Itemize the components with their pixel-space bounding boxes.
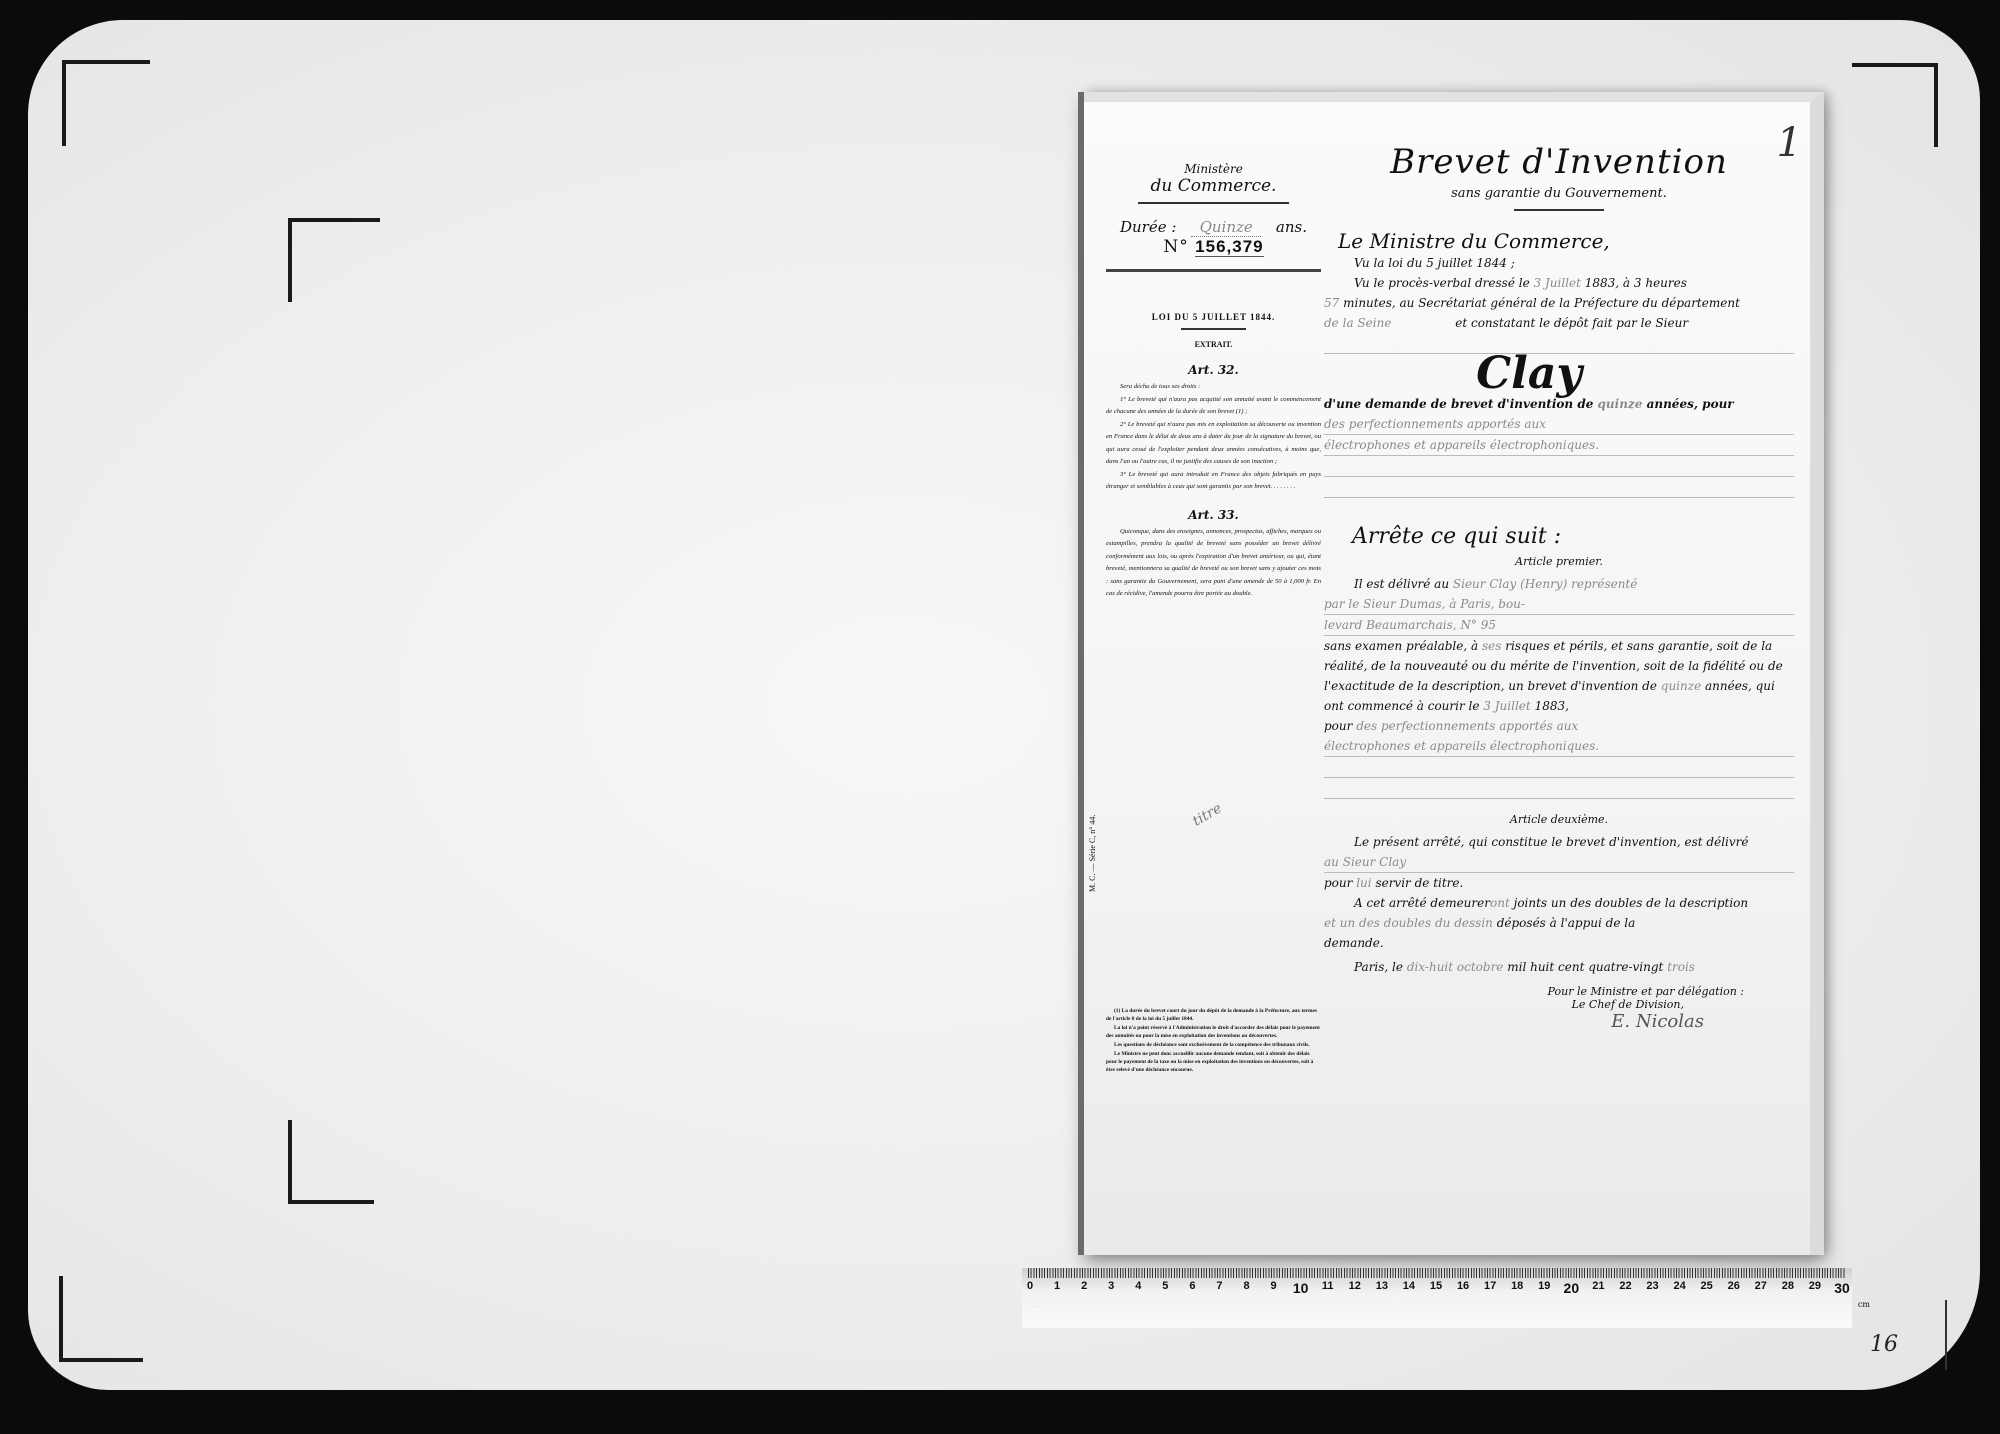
law-subtitle: EXTRAIT. xyxy=(1106,340,1321,349)
ruler-label: 2 xyxy=(1081,1280,1087,1292)
ruler-label: 14 xyxy=(1403,1280,1415,1292)
document-title: Brevet d'Invention xyxy=(1324,142,1794,182)
minister-heading: Le Ministre du Commerce, xyxy=(1338,229,1794,253)
margin-annotation: titre xyxy=(1190,800,1225,829)
ruler-label: 22 xyxy=(1619,1280,1631,1292)
signature: E. Nicolas xyxy=(1324,1011,1704,1032)
invention-line-2: électrophones et appareils électrophoniq… xyxy=(1324,435,1794,456)
ruler-label: 16 xyxy=(1457,1280,1469,1292)
ruler-label: 6 xyxy=(1189,1280,1195,1292)
minutes-line: 57 minutes, au Secrétariat général de la… xyxy=(1324,293,1794,313)
footnotes: (1) La durée du brevet court du jour du … xyxy=(1106,1007,1321,1075)
vu-loi: Vu la loi du 5 juillet 1844 ; xyxy=(1354,253,1794,273)
ruler-label: 5 xyxy=(1162,1280,1168,1292)
art33-heading: Art. 33. xyxy=(1106,508,1321,522)
page-number: 16 xyxy=(1870,1332,1898,1357)
article-1-body: sans examen préalable, à ses risques et … xyxy=(1324,636,1794,716)
patent-number: N° 156,379 xyxy=(1106,237,1321,257)
ruler-label: 7 xyxy=(1216,1280,1222,1292)
registration-mark-top-left xyxy=(62,60,150,146)
series-code: M. C. — Série C, n° 44. xyxy=(1088,815,1097,892)
ruler-label: 1 xyxy=(1054,1280,1060,1292)
divider xyxy=(1106,269,1321,272)
ruler-label: 13 xyxy=(1376,1280,1388,1292)
ruler-maker-mark: · · · xyxy=(1032,1304,1038,1309)
ruler-label: 9 xyxy=(1271,1280,1277,1292)
law-paragraph: 2° Le breveté qui n'aura pas mis en expl… xyxy=(1106,419,1321,469)
page-number-bracket xyxy=(1945,1300,1947,1370)
registration-mark-top-right xyxy=(1852,63,1938,147)
date-line: Paris, le dix-huit octobre mil huit cent… xyxy=(1354,957,1794,977)
ruler-labels: 0123456789101112131415161718192021222324… xyxy=(1022,1280,1852,1296)
registration-mark-inner-top-left xyxy=(288,218,380,302)
article-1-line: Il est délivré au Sieur Clay (Henry) rep… xyxy=(1354,574,1794,594)
ruled-line xyxy=(1324,757,1794,778)
ruler-label: 18 xyxy=(1511,1280,1523,1292)
ruler-label: 23 xyxy=(1646,1280,1658,1292)
ruler-label: 3 xyxy=(1108,1280,1114,1292)
ministry-heading: Ministère du Commerce. xyxy=(1106,162,1321,196)
law-paragraph: 1° Le breveté qui n'aura pas acquitté so… xyxy=(1106,394,1321,419)
measurement-ruler: 0123456789101112131415161718192021222324… xyxy=(1022,1268,1852,1328)
article-1-hand-line: par le Sieur Dumas, à Paris, bou- xyxy=(1324,594,1794,615)
ruled-line xyxy=(1324,456,1794,477)
ruler-unit: cm xyxy=(1858,1300,1870,1309)
law-paragraph: 3° Le breveté qui aura introduit en Fran… xyxy=(1106,469,1321,494)
ruler-label: 10 xyxy=(1293,1280,1309,1296)
article-2-title: Article deuxième. xyxy=(1324,813,1794,826)
ruled-line xyxy=(1324,778,1794,799)
ruler-label: 20 xyxy=(1564,1280,1580,1296)
law-paragraph: Quiconque, dans des enseignes, annonces,… xyxy=(1106,526,1321,601)
ruler-label: 24 xyxy=(1673,1280,1685,1292)
document-subtitle: sans garantie du Gouvernement. xyxy=(1324,186,1794,201)
right-column: Brevet d'Invention sans garantie du Gouv… xyxy=(1324,142,1794,1032)
demand-line: d'une demande de brevet d'invention de q… xyxy=(1324,394,1794,414)
delegation-line: Pour le Ministre et par délégation : xyxy=(1324,985,1744,998)
article-2-servir: pour lui servir de titre. xyxy=(1324,873,1794,893)
ruler-label: 25 xyxy=(1701,1280,1713,1292)
article-2-body: Le présent arrêté, qui constitue le brev… xyxy=(1354,832,1794,852)
ruler-label: 4 xyxy=(1135,1280,1141,1292)
ruler-ticks xyxy=(1028,1268,1846,1278)
duration-field: Durée : Quinze ans. xyxy=(1106,218,1321,237)
invention-line-1: des perfectionnements apportés aux xyxy=(1324,414,1794,435)
ruler-label: 28 xyxy=(1782,1280,1794,1292)
chef-division: Le Chef de Division, xyxy=(1324,998,1684,1011)
ruler-label: 12 xyxy=(1349,1280,1361,1292)
law-title: LOI DU 5 JUILLET 1844. xyxy=(1106,312,1321,322)
annex-line: A cet arrêté demeureront joints un des d… xyxy=(1354,893,1794,913)
ornament-divider xyxy=(1514,209,1604,211)
annex-line-2: et un des doubles du dessin déposés à l'… xyxy=(1324,913,1794,933)
vu-proces-verbal: Vu le procès-verbal dressé le 3 Juillet … xyxy=(1354,273,1794,293)
ruler-label: 21 xyxy=(1592,1280,1604,1292)
department-line: de la Seine et constatant le dépôt fait … xyxy=(1324,313,1794,333)
ornament-divider xyxy=(1181,328,1246,330)
registration-mark-inner-bottom-left xyxy=(288,1120,374,1204)
ruler-label: 19 xyxy=(1538,1280,1550,1292)
ruler-label: 0 xyxy=(1027,1280,1033,1292)
ruled-line xyxy=(1324,477,1794,498)
annex-demande: demande. xyxy=(1324,933,1794,953)
article-2-recipient: au Sieur Clay xyxy=(1324,852,1794,873)
ruler-label: 15 xyxy=(1430,1280,1442,1292)
ruler-label: 26 xyxy=(1728,1280,1740,1292)
ruler-label: 11 xyxy=(1322,1280,1334,1292)
article-1-invention-2: électrophones et appareils électrophoniq… xyxy=(1324,736,1794,757)
ruler-label: 29 xyxy=(1809,1280,1821,1292)
ornament-divider xyxy=(1138,202,1289,204)
article-1-hand-line: levard Beaumarchais, N° 95 xyxy=(1324,615,1794,636)
arrete-heading: Arrête ce qui suit : xyxy=(1352,524,1794,549)
applicant-name: Clay xyxy=(1264,354,1794,394)
registration-mark-bottom-left xyxy=(59,1276,143,1362)
article-1-title: Article premier. xyxy=(1324,555,1794,568)
ruler-label: 17 xyxy=(1484,1280,1496,1292)
ruler-label: 30 xyxy=(1834,1280,1850,1296)
patent-document: 1 Ministère du Commerce. Durée : Quinze … xyxy=(1084,92,1824,1255)
ruler-label: 27 xyxy=(1755,1280,1767,1292)
ruler-label: 8 xyxy=(1243,1280,1249,1292)
article-1-invention: pour des perfectionnements apportés aux xyxy=(1324,716,1794,736)
